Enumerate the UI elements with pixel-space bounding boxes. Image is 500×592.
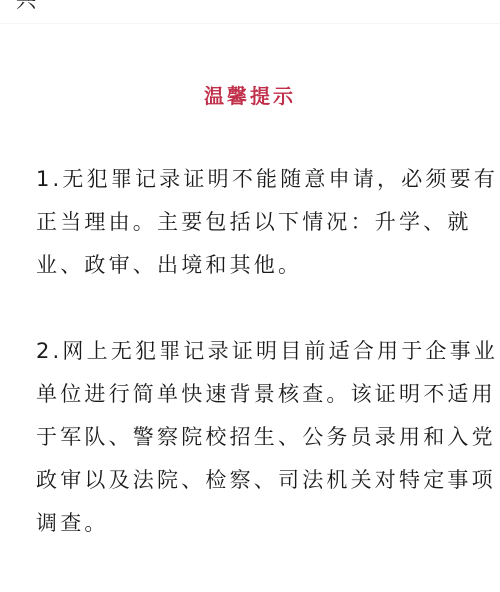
paragraph-line: 业、政审、出境和其他。 <box>36 244 468 287</box>
paragraph-2: 2.网上无犯罪记录证明目前适合用于企事业 单位进行简单快速背景核查。该证明不适用… <box>36 330 468 545</box>
paragraph-line: 1.无犯罪记录证明不能随意申请，必须要有 <box>36 158 468 201</box>
paragraph-1: 1.无犯罪记录证明不能随意申请，必须要有 正当理由。主要包括以下情况：升学、就 … <box>36 158 468 287</box>
top-cropped-text: 兴 <box>16 0 36 10</box>
paragraph-line: 政审以及法院、检察、司法机关对特定事项 <box>36 459 468 502</box>
paragraph-line: 调查。 <box>36 502 468 545</box>
paragraph-line: 于军队、警察院校招生、公务员录用和入党 <box>36 416 468 459</box>
page-title: 温馨提示 <box>0 83 500 109</box>
top-divider <box>0 23 500 24</box>
paragraph-line: 2.网上无犯罪记录证明目前适合用于企事业 <box>36 330 468 373</box>
paragraph-line: 正当理由。主要包括以下情况：升学、就 <box>36 201 468 244</box>
paragraph-line: 单位进行简单快速背景核查。该证明不适用 <box>36 373 468 416</box>
